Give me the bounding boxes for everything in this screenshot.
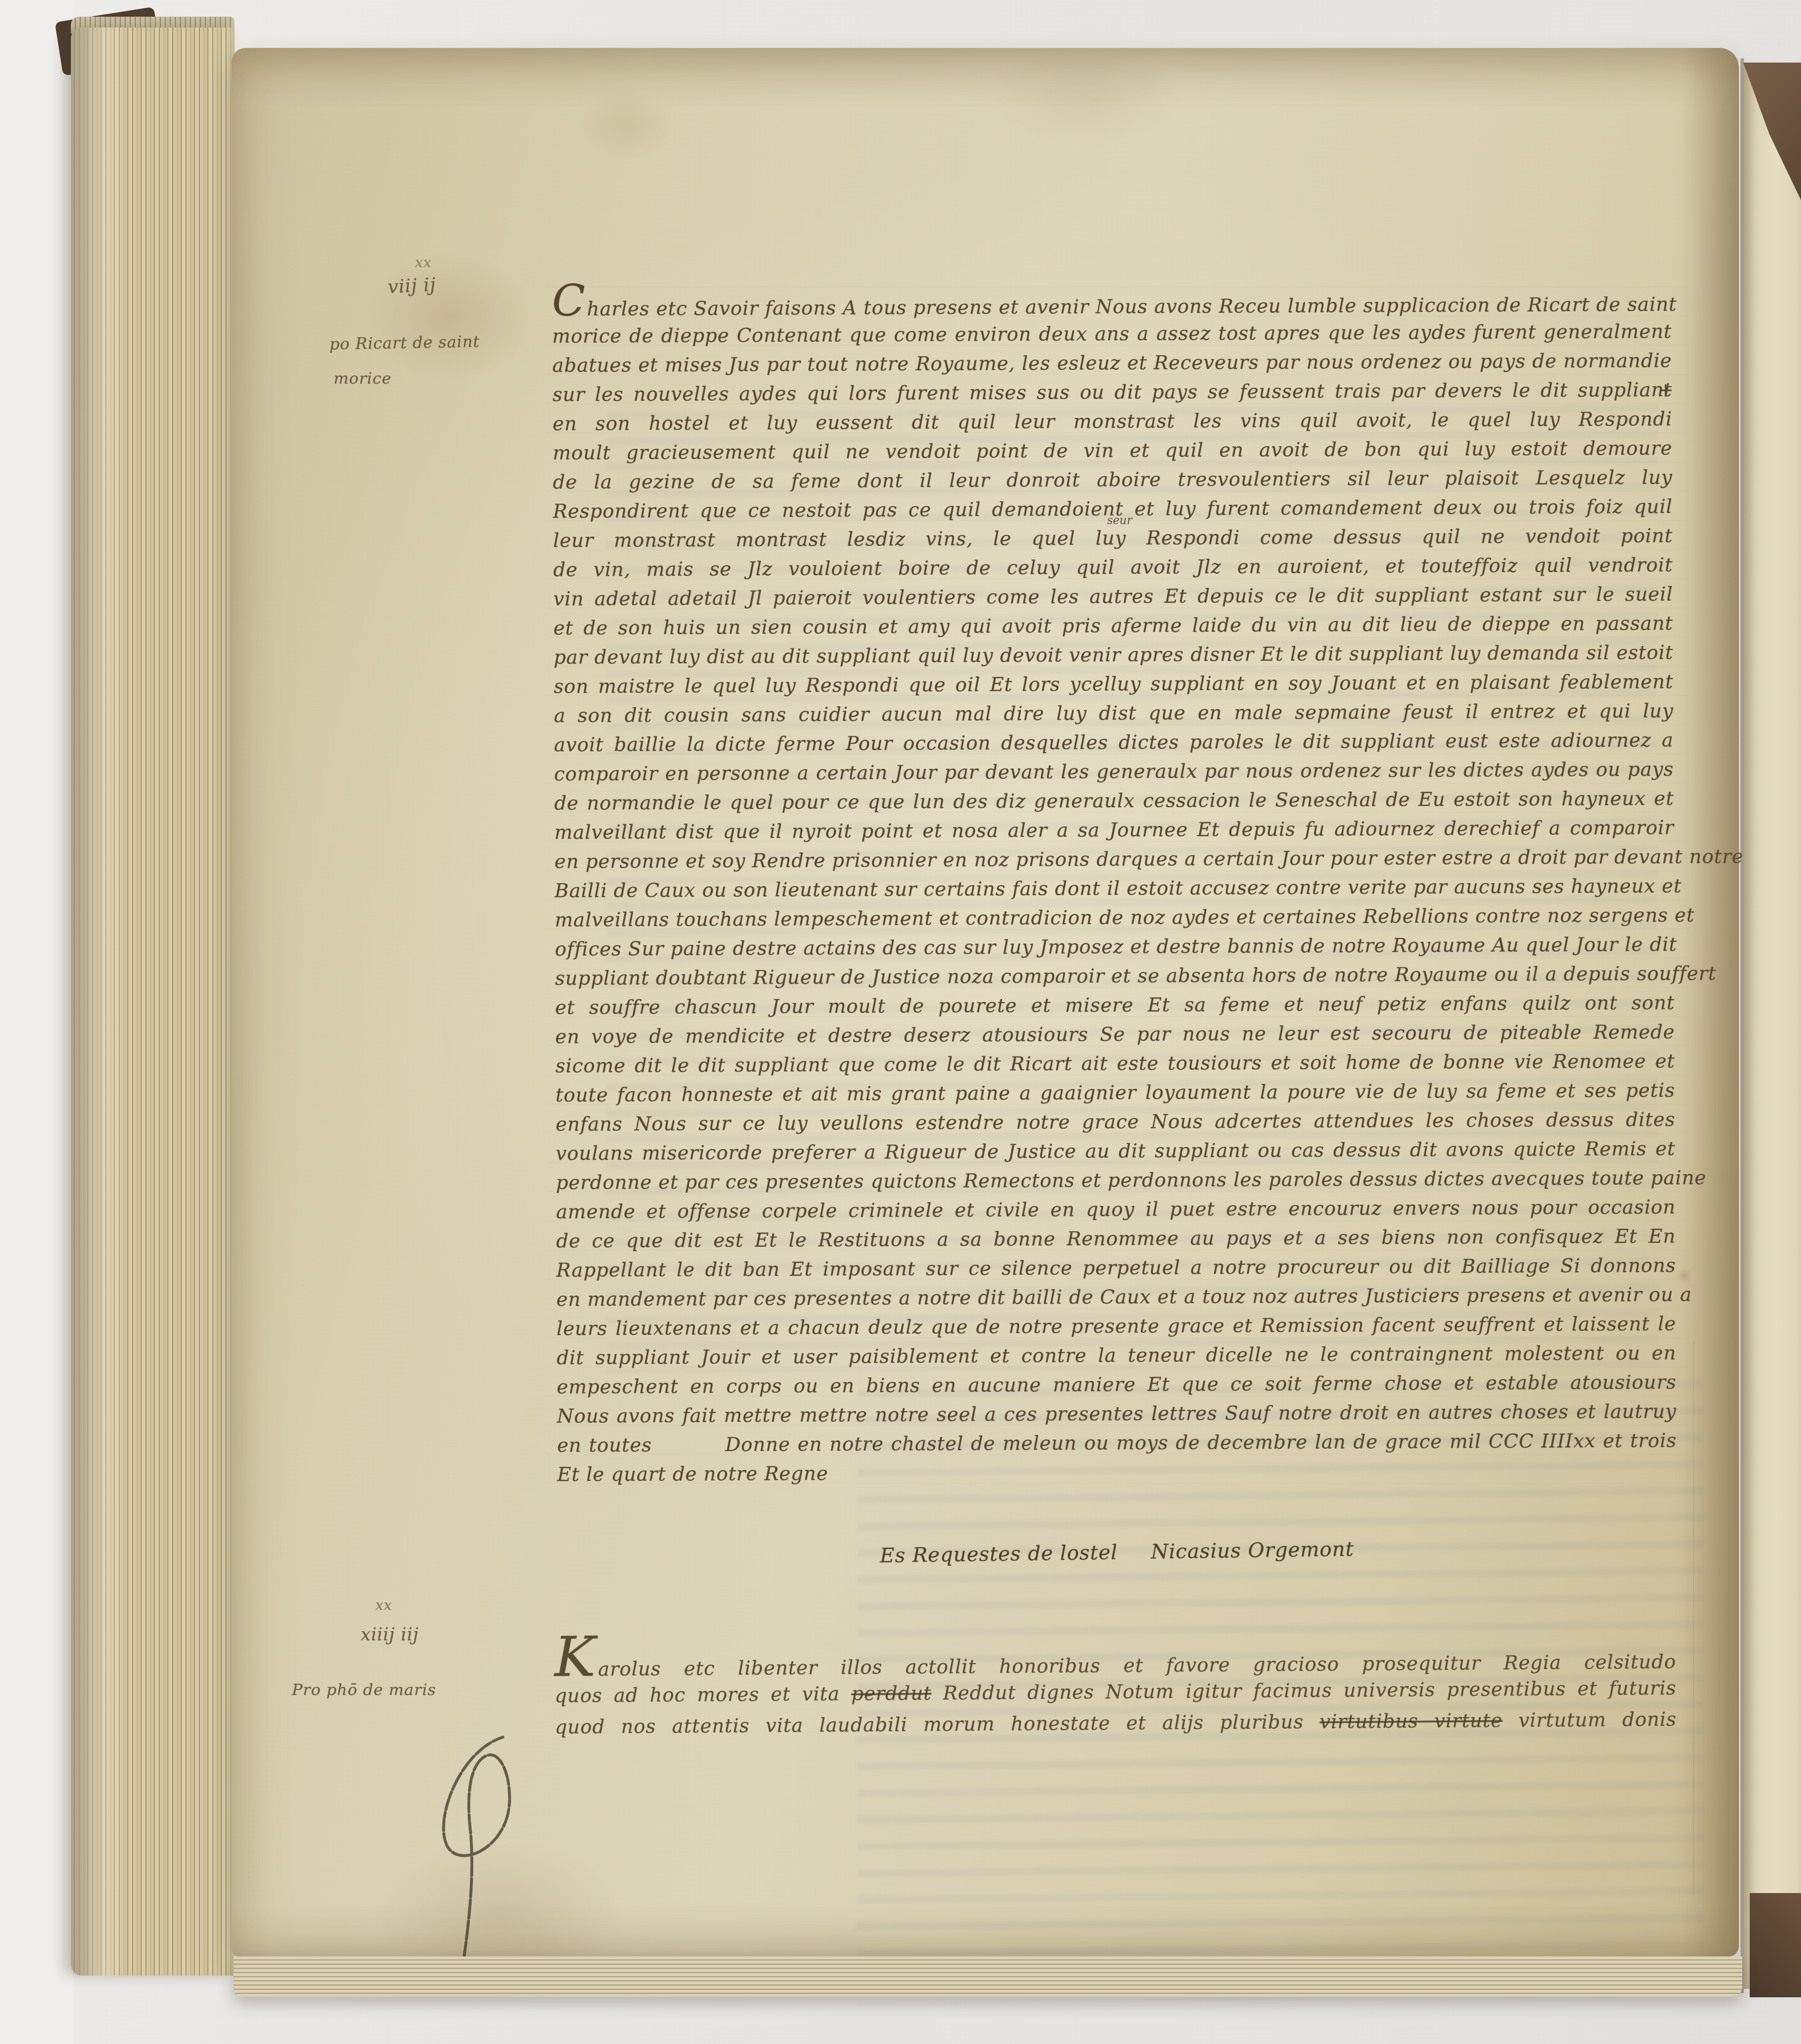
page-stack-edges [71, 28, 234, 1976]
notary-paraph-flourish [421, 1722, 538, 1989]
margin-note-bottom-amount: xiiij iij [361, 1624, 419, 1645]
margin-note-top-amount: viij ij [387, 274, 437, 298]
manuscript-line: vin adetal adetail Jl paieroit voulentie… [553, 579, 1673, 613]
manuscript-line: Rappellant le dit ban Et imposant sur ce… [556, 1251, 1676, 1285]
manuscript-line: comparoir en personne a certain Jour par… [554, 754, 1674, 788]
manuscript-line: toute facon honneste et ait mis grant pa… [555, 1075, 1675, 1110]
manuscript-line: morice de dieppe Contenant que come envi… [552, 316, 1672, 351]
manuscript-line: Nous avons fait mettre mettre notre seel… [557, 1396, 1676, 1431]
manuscript-line: suppliant doubtant Rigueur de Justice no… [555, 959, 1675, 993]
text-segment: Reddut dignes Notum igitur facimus unive… [932, 1677, 1676, 1704]
book-bottom-edge [234, 1956, 1742, 1996]
manuscript-line: offices Sur paine destre actains des cas… [555, 929, 1674, 964]
manuscript-line: en mandement par ces presentes a notre d… [556, 1280, 1676, 1314]
margin-note-rubric-line1: po Ricart de saint [329, 332, 480, 353]
manuscript-line: empeschent en corps ou en biens en aucun… [557, 1367, 1676, 1401]
leather-corner-bottom-right [1750, 1893, 1801, 1997]
manuscript-line: par devant luy dist au dit suppliant qui… [553, 638, 1673, 672]
registration-chamber-label: Es Requestes de lostel [880, 1541, 1118, 1567]
manuscript-line: Bailli de Caux ou son lieutenant sur cer… [555, 871, 1674, 905]
registration-line: Es Requestes de lostel Nicasius Orgemont [880, 1537, 1354, 1567]
gutter-seam [1741, 58, 1744, 1993]
text-segment: virtutum donis [1502, 1708, 1677, 1732]
manuscript-line: moult gracieusement quil ne vendoit poin… [553, 433, 1672, 467]
manuscript-line: voulans misericorde preferer a Rigueur d… [556, 1134, 1675, 1168]
manuscript-line: en son hostel et luy eussent dit quil le… [553, 404, 1672, 438]
manuscript-line: de vin, mais se Jlz vouloient boire de c… [553, 550, 1673, 584]
manuscript-line: amende et offense corpele criminele et c… [556, 1192, 1675, 1226]
manuscript-line: de la gezine de sa feme dont il leur don… [553, 462, 1673, 497]
text-segment: quod nos attentis vita laudabili morum h… [555, 1710, 1319, 1738]
main-text-block: Charles etc Savoir faisons A tous presen… [552, 287, 1677, 1489]
text-segment: quos ad hoc mores et vita [555, 1682, 852, 1707]
manuscript-line: sicome dit le dit suppliant que come le … [555, 1046, 1675, 1080]
manuscript-line: en voye de mendicite et destre deserz at… [555, 1017, 1675, 1051]
manuscript-line: de normandie le quel pour ce que lun des… [554, 783, 1674, 818]
manuscript-line: et souffre chascun Jour moult de pourete… [555, 988, 1675, 1022]
manuscript-line: malveillans touchans lempeschement et co… [555, 900, 1674, 934]
struck-word: virtutibus virtute [1319, 1709, 1502, 1733]
manuscript-line: a son dit cousin sans cuidier aucun mal … [554, 696, 1673, 730]
interlinear-note: seur [1107, 514, 1132, 527]
manuscript-line: en toutes Donne en notre chastel de mele… [557, 1426, 1677, 1460]
manuscript-page: xx viij ij po Ricart de saint morice Cha… [231, 48, 1739, 1957]
manuscript-line: malveillant dist que il nyroit point et … [554, 813, 1674, 847]
margin-note-bottom-sum: xx [375, 1597, 392, 1614]
manuscript-line: perdonne et par ces presentes quictons R… [556, 1163, 1675, 1197]
margin-note-rubric-line2: morice [334, 369, 392, 387]
registration-signature: Nicasius Orgemont [1151, 1537, 1354, 1564]
photo-background: xx viij ij po Ricart de saint morice Cha… [0, 0, 1801, 2044]
marginal-cross-mark: + [1658, 379, 1674, 401]
manuscript-line: Charles etc Savoir faisons A tous presen… [552, 287, 1672, 321]
manuscript-line: leurs lieuxtenans et a chacun deulz que … [556, 1309, 1676, 1343]
manuscript-line: sur les nouvelles aydes qui lors furent … [553, 375, 1672, 409]
margin-note-pro-philippo: Pro phō de maris [292, 1680, 436, 1699]
facing-page-edge [1744, 63, 1801, 1989]
manuscript-line: en personne et soy Rendre prisonnier en … [555, 842, 1674, 876]
manuscript-line: avoit baillie la dicte ferme Pour occasi… [554, 725, 1673, 759]
manuscript-line: de ce que dit est Et le Restituons a sa … [556, 1221, 1676, 1256]
manuscript-line: enfans Nous sur ce luy veullons estendre… [555, 1105, 1675, 1139]
margin-note-top-sum: xx [415, 254, 432, 271]
manuscript-line: dit suppliant Jouir et user paisiblement… [557, 1338, 1676, 1372]
struck-word: perddut [851, 1682, 932, 1705]
manuscript-line: et de son huis un sien cousin et amy qui… [553, 608, 1673, 643]
manuscript-line: Et le quart de notre Regne [557, 1455, 1677, 1489]
manuscript-line: abatues et mises Jus par tout notre Roya… [552, 346, 1672, 380]
latin-entry-block: Karolus etc libenter illos actollit hono… [554, 1641, 1677, 1743]
manuscript-line: son maistre le quel luy Respondi que oil… [554, 667, 1673, 701]
backdrop-left-strip [0, 0, 73, 2044]
